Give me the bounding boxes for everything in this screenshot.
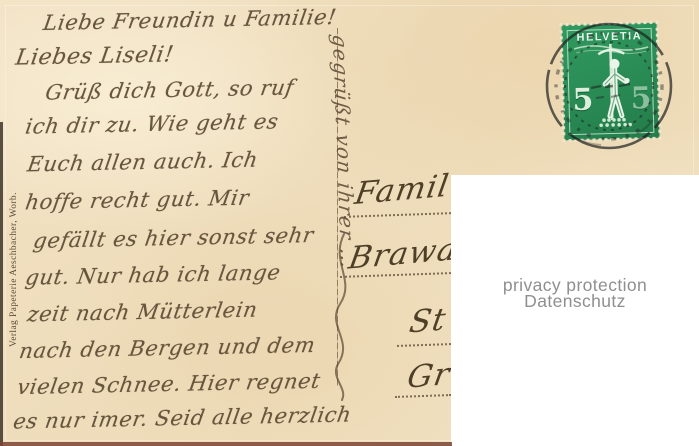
message-line: Euch allen auch. Ich xyxy=(26,148,260,177)
message-line: ich dir zu. Wie geht es xyxy=(24,109,281,138)
privacy-line-de: Datenschutz xyxy=(524,293,626,309)
address-line-3: St xyxy=(407,302,449,341)
message-line: es nur imer. Seid alle herzlich xyxy=(12,402,354,433)
message-line: Liebe Freundin u Familie! xyxy=(42,5,339,35)
scan-edge-left xyxy=(0,122,3,446)
scan-edge-bottom xyxy=(0,442,452,446)
postcard-scan: Verlag Papeterie Aeschbacher, Worb. Lieb… xyxy=(0,0,699,446)
message-line: Grüß dich Gott, so ruf xyxy=(44,75,296,104)
postmark-cancel xyxy=(541,18,677,154)
message-line: vielen Schnee. Hier regnet xyxy=(16,369,323,399)
message-block: Liebe Freundin u Familie! Liebes Liseli!… xyxy=(0,0,360,446)
message-line: hoffe recht gut. Mir xyxy=(24,186,251,215)
message-line: Liebes Liseli! xyxy=(14,42,176,70)
message-line: zeit nach Mütterlein xyxy=(26,298,260,327)
message-line: nach den Bergen und dem xyxy=(18,333,318,363)
privacy-overlay: privacy protection Datenschutz xyxy=(451,175,699,446)
message-line: gut. Nur hab ich lange xyxy=(24,260,283,289)
address-line-4: Gr xyxy=(405,356,453,395)
message-line: gefällt es hier sonst sehr xyxy=(32,223,316,253)
